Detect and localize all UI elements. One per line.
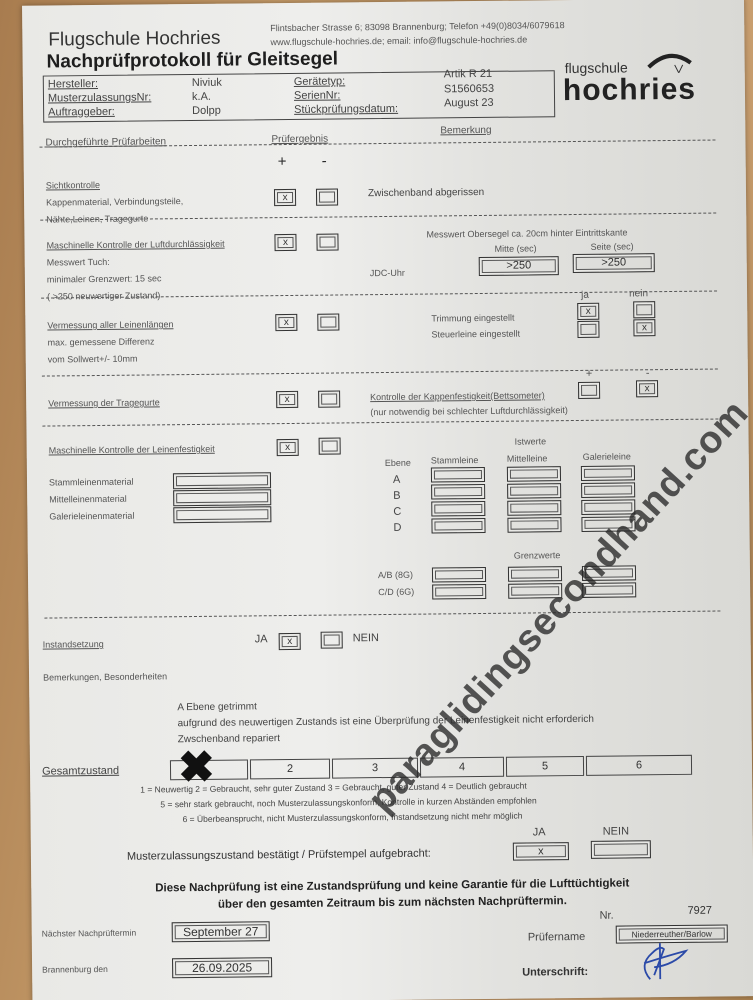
line-lengths-line2: vom Sollwert+/- 10mm bbox=[48, 350, 174, 368]
repair-yes-label: JA bbox=[255, 633, 268, 645]
repair-no-label: NEIN bbox=[353, 632, 379, 644]
remarks-label: Bemerkungen, Besonderheiten bbox=[43, 671, 167, 682]
canopy-strength-label: Kontrolle der Kappenfestigkeit(Bettsomet… bbox=[370, 390, 545, 402]
line-strength-plus-checkbox[interactable]: x bbox=[277, 439, 299, 456]
material-field-middle[interactable] bbox=[173, 489, 271, 506]
col-middle-line: Mittelleine bbox=[507, 453, 548, 463]
approval-yes-field[interactable]: x bbox=[513, 842, 569, 861]
web-line: www.flugschule-hochries.de; email: info@… bbox=[270, 32, 564, 49]
inspection-protocol-sheet: Flugschule Hochries Flintsbacher Strasse… bbox=[22, 0, 753, 1000]
canopy-plus-label: + bbox=[586, 368, 593, 380]
plus-header: + bbox=[278, 153, 287, 170]
yes-column-label: ja bbox=[581, 290, 589, 301]
material-field-gallery[interactable] bbox=[173, 506, 271, 523]
porosity-device: JDC-Uhr bbox=[370, 268, 405, 278]
trim-yes-checkbox[interactable]: x bbox=[577, 303, 599, 320]
manufacturer-label: Hersteller: bbox=[48, 78, 98, 91]
school-name: Flugschule Hochries bbox=[48, 28, 220, 52]
repair-yes-checkbox[interactable]: x bbox=[279, 633, 301, 650]
approval-label: MusterzulassungsNr: bbox=[48, 91, 151, 104]
level-b: B bbox=[393, 488, 401, 504]
brake-line-label: Steuerleine eingestellt bbox=[431, 329, 520, 340]
canopy-minus-label: - bbox=[646, 367, 650, 379]
divider bbox=[42, 419, 718, 427]
porosity-plus-checkbox[interactable]: x bbox=[274, 234, 296, 251]
limit-value-field[interactable] bbox=[432, 584, 486, 600]
canopy-minus-checkbox[interactable]: x bbox=[636, 380, 658, 397]
porosity-side-field[interactable]: >250 bbox=[573, 253, 655, 273]
porosity-side-label: Seite (sec) bbox=[591, 241, 634, 251]
approval-value: k.A. bbox=[192, 91, 211, 103]
nr-label: Nr. bbox=[600, 910, 614, 922]
actual-value-field[interactable] bbox=[431, 467, 485, 483]
overall-condition-label: Gesamtzustand bbox=[42, 765, 119, 778]
material-label: Mittelleinenmaterial bbox=[49, 491, 134, 509]
risers-plus-checkbox[interactable]: x bbox=[276, 391, 298, 408]
grade-box-5[interactable]: 5 bbox=[506, 756, 584, 777]
col-main-line: Stammleine bbox=[431, 455, 479, 465]
school-contact: Flintsbacher Strasse 6; 83098 Brannenbur… bbox=[270, 18, 565, 49]
remark-line: Zwschenband repariert bbox=[178, 728, 595, 748]
actual-value-field[interactable] bbox=[507, 517, 561, 533]
porosity-title: Maschinelle Kontrolle der Luftdurchlässi… bbox=[46, 236, 224, 255]
limit-value-field[interactable] bbox=[432, 567, 486, 583]
visual-check-title: Sichtkontrolle bbox=[46, 176, 183, 194]
place-date-field[interactable]: 26.09.2025 bbox=[172, 957, 272, 978]
col-gallery-line: Galerieleine bbox=[583, 451, 631, 462]
line-strength-title: Maschinelle Kontrolle der Leinenfestigke… bbox=[49, 441, 215, 460]
line-lengths-plus-checkbox[interactable]: x bbox=[275, 314, 297, 331]
line-lengths-title: Vermessung aller Leinenlängen bbox=[47, 316, 173, 334]
level-c: C bbox=[393, 504, 401, 520]
remarks-text: A Ebene getrimmt aufgrund des neuwertige… bbox=[177, 696, 594, 748]
actual-value-field[interactable] bbox=[507, 483, 561, 499]
porosity-middle-field[interactable]: >250 bbox=[479, 256, 559, 276]
grade-box-6[interactable]: 6 bbox=[586, 755, 692, 776]
approval-stamp-label: Musterzulassungszustand bestätigt / Prüf… bbox=[127, 848, 431, 863]
no-column-label: nein bbox=[629, 288, 648, 299]
nr-value: 7927 bbox=[687, 905, 712, 917]
device-info-box: Hersteller: Niviuk Gerätetyp: Artik R 21… bbox=[43, 70, 555, 122]
actual-value-field[interactable] bbox=[581, 482, 635, 498]
grade-legend: 1 = Neuwertig 2 = Gebraucht, sehr guter … bbox=[140, 776, 740, 827]
line-lengths-section: Vermessung aller Leinenlängen max. gemes… bbox=[47, 316, 174, 368]
actual-value-field[interactable] bbox=[507, 500, 561, 516]
approval-no-label: NEIN bbox=[603, 825, 629, 837]
repair-label: Instandsetzung bbox=[43, 639, 104, 650]
material-label: Galerieleinenmaterial bbox=[49, 508, 134, 526]
porosity-line2: minimaler Grenzwert: 15 sec bbox=[47, 270, 225, 289]
actual-value-field[interactable] bbox=[581, 465, 635, 481]
visual-check-plus-checkbox[interactable]: x bbox=[274, 189, 296, 206]
level-d: D bbox=[393, 520, 401, 536]
line-lengths-minus-checkbox[interactable] bbox=[317, 313, 339, 330]
line-strength-minus-checkbox[interactable] bbox=[319, 437, 341, 454]
trim-label: Trimmung eingestellt bbox=[431, 313, 514, 324]
divider bbox=[44, 611, 720, 619]
visual-check-remark: Zwischenband abgerissen bbox=[368, 187, 484, 199]
canopy-strength-note: (nur notwendig bei schlechter Luftdurchl… bbox=[370, 405, 568, 417]
approval-no-field[interactable] bbox=[591, 840, 651, 859]
risers-title: Vermessung der Tragegurte bbox=[48, 394, 160, 412]
actual-value-field[interactable] bbox=[431, 518, 485, 534]
material-field-main[interactable] bbox=[173, 472, 271, 489]
visual-check-line1: Kappenmaterial, Verbindungsteile, bbox=[46, 193, 183, 211]
brake-no-checkbox[interactable]: x bbox=[633, 319, 655, 336]
actual-values-label: Istwerte bbox=[515, 436, 547, 446]
place-label: Brannenburg den bbox=[42, 964, 108, 975]
visual-check-section: Sichtkontrolle Kappenmaterial, Verbindun… bbox=[46, 176, 184, 228]
client-value: Dolpp bbox=[192, 105, 221, 117]
col-remark-header: Bemerkung bbox=[440, 125, 491, 137]
logo-bottom-text: hochries bbox=[563, 73, 696, 108]
grade-box-2[interactable]: 2 bbox=[250, 759, 330, 780]
line-lengths-line1: max. gemessene Differenz bbox=[47, 333, 173, 351]
type-label: Gerätetyp: bbox=[294, 75, 345, 88]
signature-label: Unterschrift: bbox=[522, 966, 588, 979]
line-materials: Stammleinenmaterial Mittelleinenmaterial… bbox=[49, 474, 135, 526]
porosity-measure-caption: Messwert Obersegel ca. 20cm hinter Eintr… bbox=[426, 227, 627, 239]
page-title: Nachprüfprotokoll für Gleitsegel bbox=[47, 48, 339, 73]
canopy-plus-checkbox[interactable] bbox=[578, 382, 600, 399]
limit-row-cd: C/D (6G) bbox=[378, 587, 414, 597]
type-value: Artik R 21 bbox=[444, 68, 492, 81]
client-label: Auftraggeber: bbox=[48, 106, 115, 119]
disclaimer: Diese Nachprüfung ist eine Zustandsprüfu… bbox=[31, 874, 753, 916]
risers-minus-checkbox[interactable] bbox=[318, 390, 340, 407]
repair-no-checkbox[interactable] bbox=[321, 631, 343, 648]
serial-value: S1560653 bbox=[444, 83, 494, 96]
manufacturer-value: Niviuk bbox=[192, 77, 222, 89]
level-a: A bbox=[393, 472, 401, 488]
level-list: A B C D bbox=[393, 472, 402, 536]
divider bbox=[42, 369, 718, 377]
actual-value-field[interactable] bbox=[431, 484, 485, 500]
test-date-value: August 23 bbox=[444, 97, 494, 110]
approval-yes-label: JA bbox=[533, 826, 546, 838]
trim-no-checkbox[interactable] bbox=[633, 301, 655, 318]
porosity-line1: Messwert Tuch: bbox=[47, 253, 225, 272]
material-label: Stammleinenmaterial bbox=[49, 474, 134, 492]
paraglider-icon bbox=[645, 51, 695, 74]
minus-header: - bbox=[322, 153, 327, 170]
limit-row-ab: A/B (8G) bbox=[378, 570, 413, 580]
signature-scribble-icon bbox=[630, 939, 690, 982]
test-date-label: Stückprüfungsdatum: bbox=[294, 103, 398, 116]
inspector-label: Prüfername bbox=[528, 931, 586, 944]
level-label: Ebene bbox=[385, 458, 411, 468]
brake-yes-checkbox[interactable] bbox=[577, 321, 599, 338]
next-inspection-label: Nächster Nachprüftermin bbox=[42, 928, 137, 939]
porosity-minus-checkbox[interactable] bbox=[316, 233, 338, 250]
porosity-middle-label: Mitte (sec) bbox=[495, 243, 537, 253]
next-inspection-field[interactable]: September 27 bbox=[172, 921, 270, 942]
school-logo: flugschule hochries bbox=[557, 53, 708, 111]
visual-check-minus-checkbox[interactable] bbox=[316, 188, 338, 205]
serial-label: SerienNr: bbox=[294, 89, 341, 101]
actual-value-field[interactable] bbox=[507, 466, 561, 482]
actual-value-field[interactable] bbox=[431, 501, 485, 517]
limits-label: Grenzwerte bbox=[514, 550, 561, 560]
